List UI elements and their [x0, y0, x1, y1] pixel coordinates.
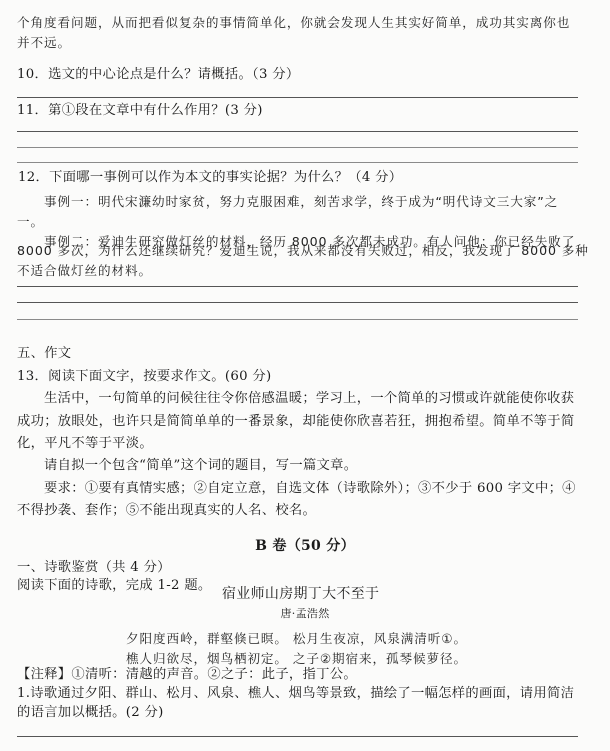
example-1-text: 一。 [17, 211, 44, 230]
section-heading-composition: 五、作文 [17, 346, 71, 362]
composition-prompt: 化，平凡不等于平淡。 [17, 436, 153, 452]
question-11: 11．第①段在文章中有什么作用？(3 分) [17, 103, 263, 119]
question-13: 13．阅读下面文字，按要求作文。(60 分) [17, 369, 272, 385]
example-2-text: 不适合做灯丝的材料。 [17, 260, 152, 279]
composition-requirements: 要求：①要有真情实感；②自定立意，自选文体（诗歌除外）；③不少于 600 字文中… [44, 481, 576, 497]
answer-line-q12[interactable] [17, 286, 578, 287]
poetry-question-1: 的语言加以概括。(2 分) [17, 705, 164, 721]
question-10: 10．选文的中心论点是什么？请概括。（3 分） [17, 67, 300, 83]
passage-text-line: 并不远。 [17, 32, 71, 51]
question-12: 12．下面哪一事例可以作为本文的事实论据？为什么？（4 分） [18, 170, 402, 186]
answer-line-q11[interactable] [17, 147, 578, 148]
answer-line-q12[interactable] [17, 302, 578, 303]
answer-line-q10[interactable] [17, 97, 578, 98]
poem-author: 唐·孟浩然 [0, 606, 610, 622]
paper-b-title: B 卷（50 分） [0, 538, 610, 554]
composition-instruction: 请自拟一个包含“简单”这个词的题目，写一篇文章。 [44, 458, 357, 474]
poem-title: 宿业师山房期丁大不至于 [222, 586, 379, 602]
composition-prompt: 生活中，一句简单的问候往往令你倍感温暖；学习上，一个简单的习惯或许就能使你收获 [44, 391, 574, 407]
example-2-text: 8000 多次，为什么还继续研究？爱迪生说，我从来都没有失败过，相反，我发现了 … [17, 240, 589, 259]
poem-line: 樵人归欲尽，烟鸟栖初定。 之子②期宿来，孤琴候萝径。 [126, 648, 467, 667]
poetry-question-1: 1.诗歌通过夕阳、群山、松月、风泉、樵人、烟鸟等景致，描绘了一幅怎样的画面，请用… [17, 686, 574, 702]
answer-line-q11[interactable] [17, 131, 578, 132]
answer-line-q12[interactable] [17, 319, 578, 320]
poem-line: 夕阳度西岭，群壑倏已暝。 松月生夜凉，风泉满清听①。 [126, 628, 467, 647]
poem-notes: 【注释】①清听：清越的声音。②之子：此子，指丁公。 [17, 667, 357, 683]
answer-line-poetry-q1[interactable] [17, 736, 578, 737]
section-heading-poetry: 一、诗歌鉴赏（共 4 分） [17, 560, 171, 576]
passage-text-line: 个角度看问题，从而把看似复杂的事情简单化，你就会发现人生其实好简单，成功其实离你… [17, 12, 570, 31]
poetry-instruction: 阅读下面的诗歌，完成 1-2 题。 [17, 578, 212, 594]
example-1-text: 事例一：明代宋濂幼时家贫，努力克服困难，刻苦求学，终于成为“明代诗文三大家”之 [44, 191, 558, 210]
composition-prompt: 成功；放眼处，也许只是简简单单的一番景象，却能使你欣喜若狂，拥抱希望。简单不等于… [17, 414, 574, 430]
composition-requirements: 不得抄袭、套作；⑤不能出现真实的人名、校名。 [17, 503, 316, 519]
answer-line-q11[interactable] [17, 162, 578, 163]
